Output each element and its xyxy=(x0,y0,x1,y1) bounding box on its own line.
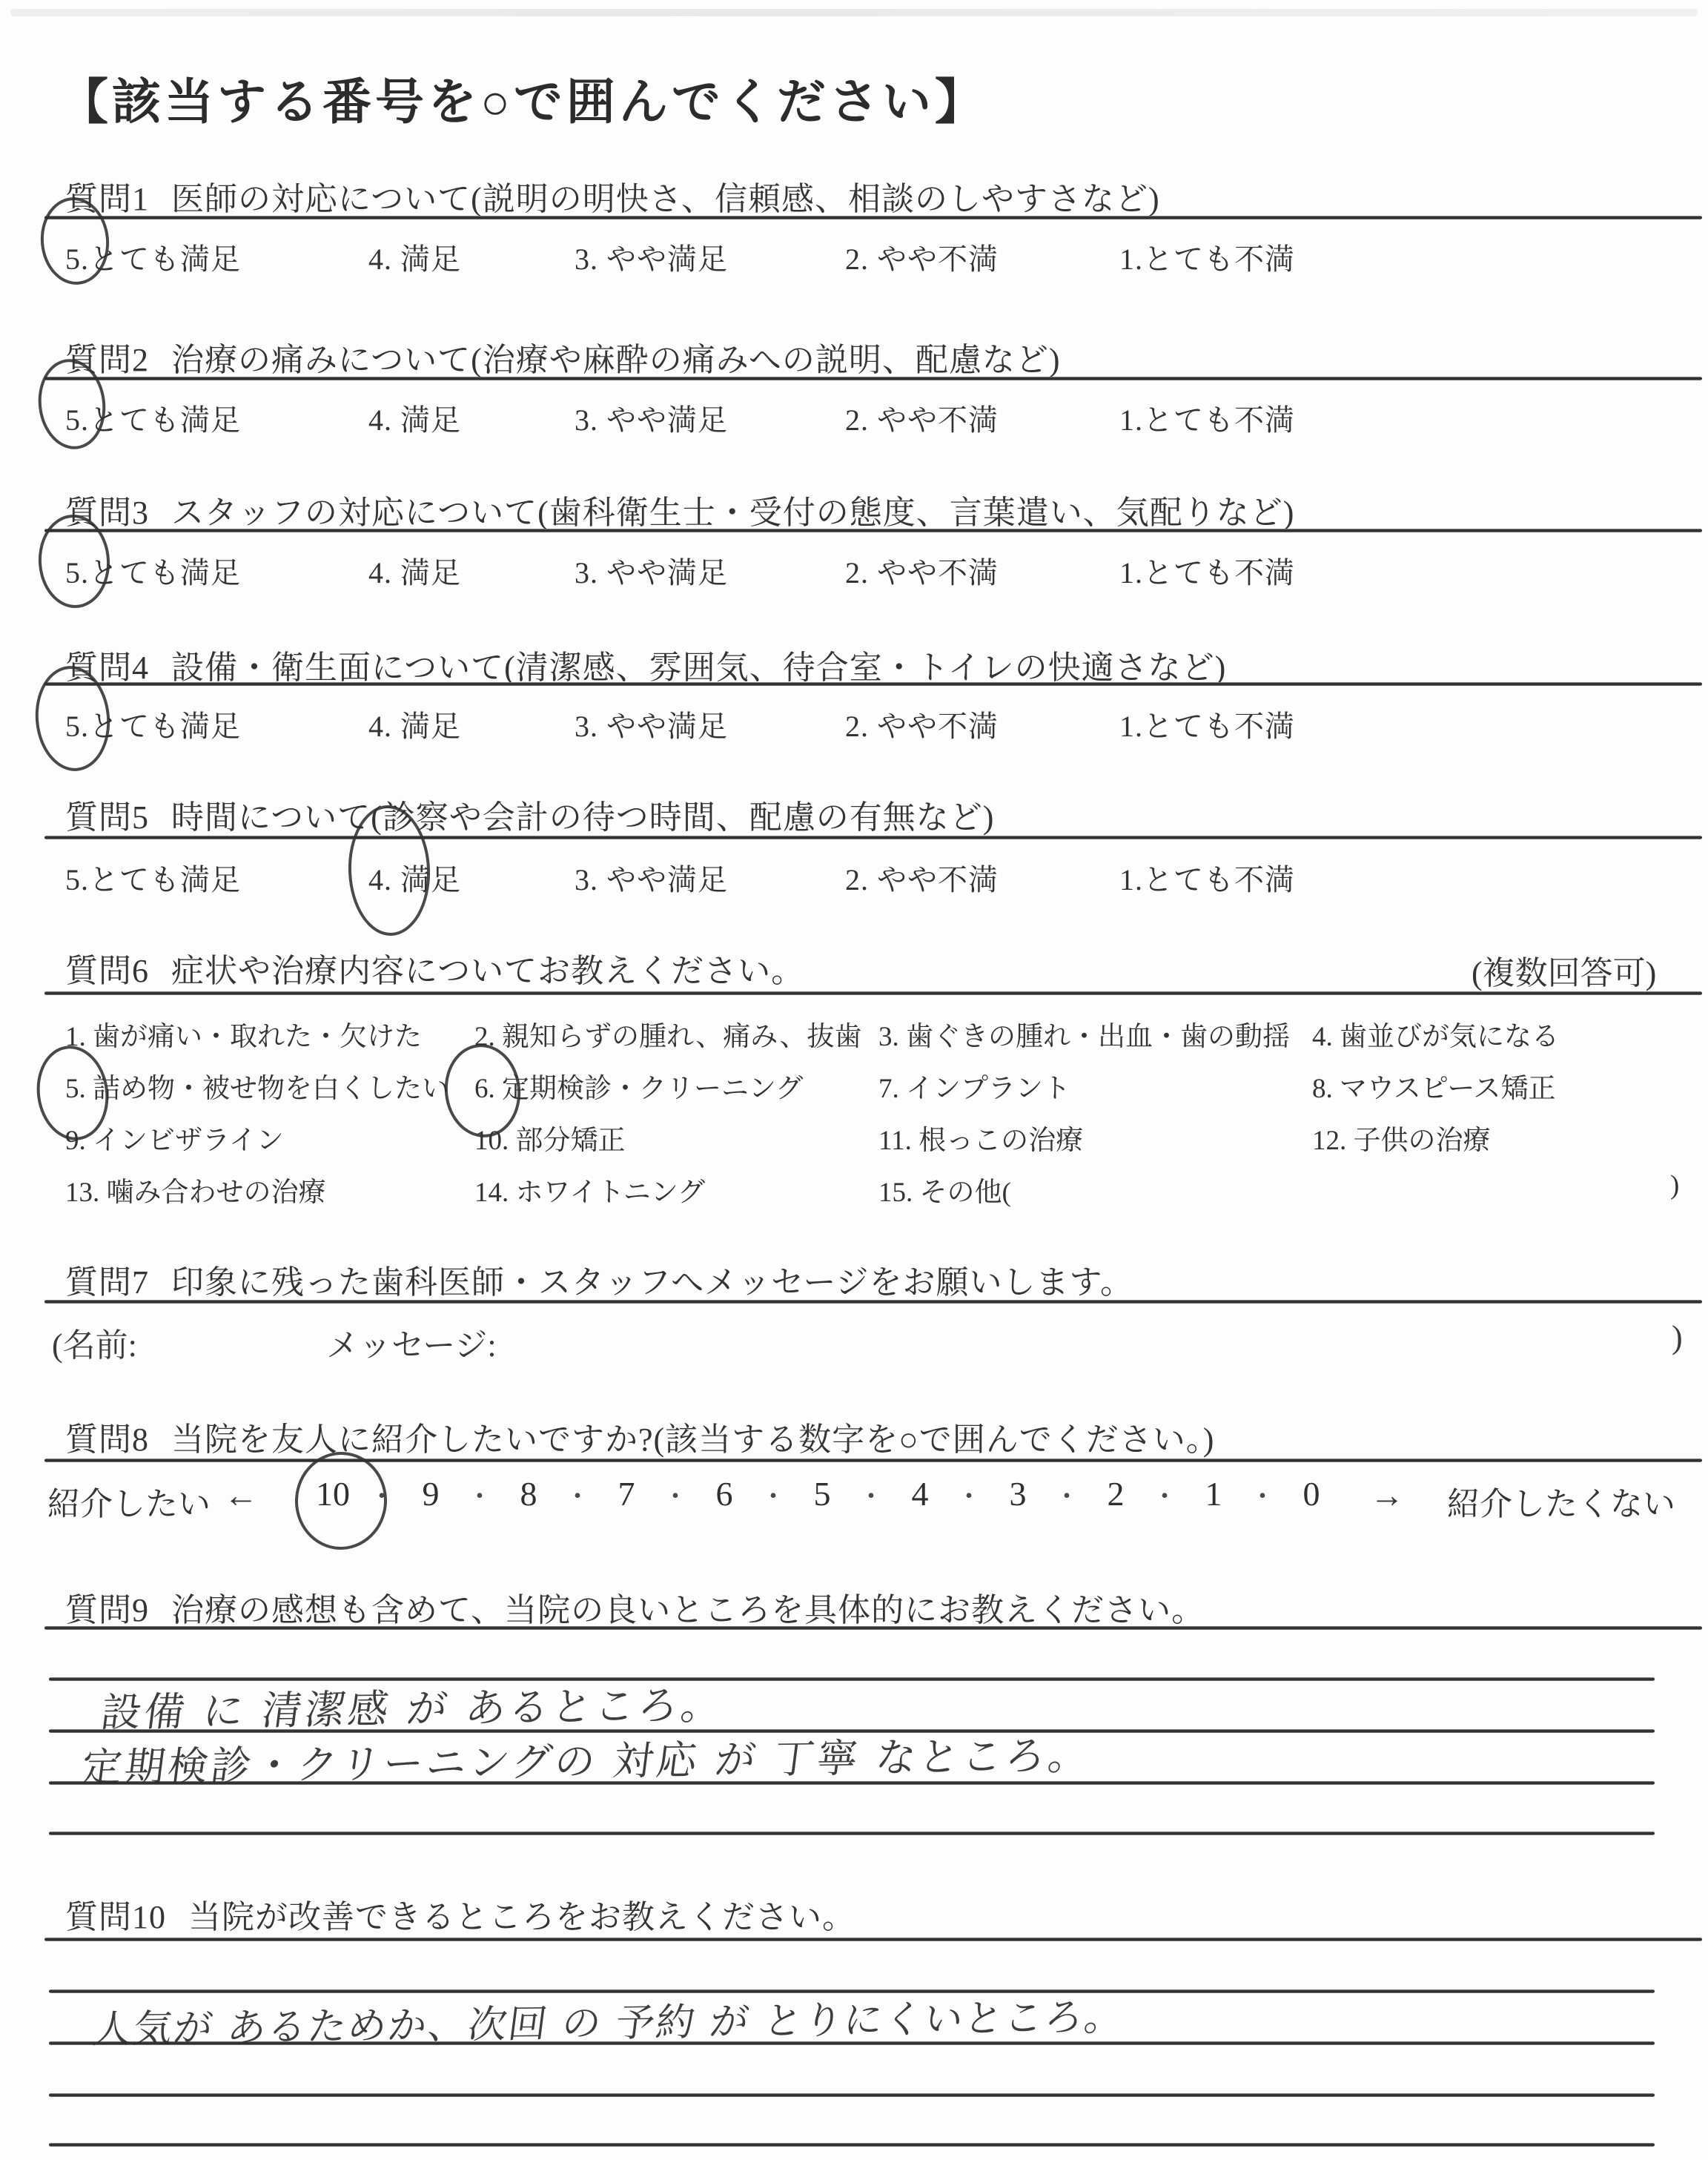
q3-option-4: 4. 満足 xyxy=(368,549,461,592)
q8-right-label: 紹介したくない xyxy=(1447,1477,1675,1525)
q4-option-2: 2. やや不満 xyxy=(845,703,999,745)
question-5-number: 質問5 xyxy=(65,799,149,836)
q3-option-1: 1.とても不満 xyxy=(1119,549,1295,592)
question-1-title: 質問1医師の対応について(説明の明快さ、信頼感、相談のしやすさなど) xyxy=(65,172,1160,219)
q8-scale-9: 9 xyxy=(409,1474,452,1513)
q8-separator: ・ xyxy=(648,1476,703,1513)
question-1-text: 医師の対応について(説明の明快さ、信頼感、相談のしやすさなど) xyxy=(171,181,1160,217)
q6-items-row-1: 1. 歯が痛い・取れた・欠けた 2. 親知らずの腫れ、痛み、抜歯 3. 歯ぐきの… xyxy=(0,1014,1708,1060)
question-9-text: 治療の感想も含めて、当院の良いところを具体的にお教えください。 xyxy=(171,1592,1205,1628)
answer-line-q10-4 xyxy=(49,2143,1655,2147)
question-5-title: 質問5時間について(診察や会計の待つ時間、配慮の有無など) xyxy=(65,790,994,838)
question-7-text: 印象に残った歯科医師・スタッフへメッセージをお願いします。 xyxy=(171,1264,1133,1301)
question-2-title: 質問2治療の痛みについて(治療や麻酔の痛みへの説明、配慮など) xyxy=(65,333,1061,380)
q6-items-row-3: 9. インビザライン 10. 部分矯正 11. 根っこの治療 12. 子供の治療 xyxy=(0,1117,1708,1163)
q3-option-2: 2. やや不満 xyxy=(845,549,999,592)
question-3-title: 質問3スタッフの対応について(歯科衛生士・受付の態度、言葉遣い、気配りなど) xyxy=(65,486,1294,533)
page-title: 【該当する番号を○で囲んでください】 xyxy=(59,62,987,133)
q3-options-row: 5.とても満足 4. 満足 3. やや満足 2. やや不満 1.とても不満 xyxy=(0,549,1708,595)
q7-message-label: メッセージ: xyxy=(326,1318,497,1366)
answer-line-q9-4 xyxy=(49,1832,1655,1835)
rule-line-q7 xyxy=(44,1300,1702,1304)
q8-left-arrow-icon: ← xyxy=(224,1476,258,1515)
q6-item-15: 15. その他( xyxy=(878,1169,1011,1209)
question-4-title: 質問4設備・衛生面について(清潔感、雰囲気、待合室・トイレの快適さなど) xyxy=(65,641,1226,688)
rule-line-q9-header xyxy=(44,1626,1702,1630)
rule-line-q4 xyxy=(44,682,1702,686)
question-8-number: 質問8 xyxy=(65,1421,149,1458)
q7-name-label: (名前: xyxy=(52,1318,137,1366)
q6-item-11: 11. 根っこの治療 xyxy=(878,1117,1083,1157)
q4-option-1: 1.とても不満 xyxy=(1119,703,1295,745)
q6-item-2: 2. 親知らずの腫れ、痛み、抜歯 xyxy=(474,1014,861,1054)
q5-option-5: 5.とても満足 xyxy=(65,856,241,899)
q2-option-1: 1.とても不満 xyxy=(1119,397,1295,439)
rule-line-q5 xyxy=(44,836,1702,839)
q8-scale-3: 3 xyxy=(996,1474,1039,1513)
handdrawn-circle-q8-value10 xyxy=(293,1450,390,1552)
rule-line-q1 xyxy=(44,216,1702,219)
q8-separator: ・ xyxy=(1039,1476,1094,1513)
q6-item-4: 4. 歯並びが気になる xyxy=(1312,1014,1559,1054)
question-9-title: 質問9治療の感想も含めて、当院の良いところを具体的にお教えください。 xyxy=(65,1583,1205,1631)
scan-edge-artifact xyxy=(10,9,1698,16)
question-3-text: スタッフの対応について(歯科衛生士・受付の態度、言葉遣い、気配りなど) xyxy=(171,495,1294,531)
q1-option-1: 1.とても不満 xyxy=(1119,236,1295,278)
q8-separator: ・ xyxy=(746,1476,801,1513)
q8-separator: ・ xyxy=(1137,1476,1192,1513)
q2-option-3: 3. やや満足 xyxy=(575,397,728,439)
q6-item-12: 12. 子供の治療 xyxy=(1312,1117,1491,1157)
question-8-text: 当院を友人に紹介したいですか?(該当する数字を○で囲んでください。) xyxy=(171,1421,1214,1458)
question-6-title: 質問6症状や治療内容についてお教えください。 xyxy=(65,944,804,991)
scanned-survey-form: 【該当する番号を○で囲んでください】 質問1医師の対応について(説明の明快さ、信… xyxy=(0,0,1708,2160)
q4-option-3: 3. やや満足 xyxy=(575,703,728,745)
rule-line-q10-header xyxy=(44,1938,1702,1941)
q8-scale-1: 1 xyxy=(1192,1474,1235,1513)
q8-scale-7: 7 xyxy=(605,1474,648,1513)
q5-options-row: 5.とても満足 4. 満足 3. やや満足 2. やや不満 1.とても不満 xyxy=(0,856,1708,902)
q2-options-row: 5.とても満足 4. 満足 3. やや満足 2. やや不満 1.とても不満 xyxy=(0,397,1708,443)
q6-item-1: 1. 歯が痛い・取れた・欠けた xyxy=(65,1014,422,1054)
q5-option-2: 2. やや不満 xyxy=(845,856,999,899)
rule-line-q3 xyxy=(44,529,1702,532)
q2-option-4: 4. 満足 xyxy=(368,397,461,439)
q8-scale-0: 0 xyxy=(1290,1474,1333,1513)
q6-items-row-2: 5. 詰め物・被せ物を白くしたい 6. 定期検診・クリーニング 7. インプラン… xyxy=(0,1066,1708,1112)
q1-option-4: 4. 満足 xyxy=(368,236,461,278)
q8-separator: ・ xyxy=(941,1476,996,1513)
q2-option-2: 2. やや不満 xyxy=(845,397,999,439)
q6-item-6: 6. 定期検診・クリーニング xyxy=(474,1066,803,1106)
q8-right-arrow-icon: → xyxy=(1370,1476,1404,1515)
answer-line-q10-3 xyxy=(49,2093,1655,2097)
q8-separator: ・ xyxy=(844,1476,898,1513)
q8-scale-5: 5 xyxy=(801,1474,844,1513)
question-6-number: 質問6 xyxy=(65,953,149,989)
q6-item-5: 5. 詰め物・被せ物を白くしたい xyxy=(65,1066,449,1106)
q8-scale-row: 10 ・ 9 ・ 8 ・ 7 ・ 6 ・ 5 ・ 4 ・ 3 ・ 2 ・ 1 ・… xyxy=(311,1474,1333,1513)
q5-option-1: 1.とても不満 xyxy=(1119,856,1295,899)
q6-multiple-answers-note: (複数回答可) xyxy=(1472,946,1656,994)
question-10-title: 質問10当院が改善できるところをお教えください。 xyxy=(65,1890,855,1938)
q6-item-8: 8. マウスピース矯正 xyxy=(1312,1066,1556,1106)
rule-line-q8 xyxy=(44,1459,1702,1462)
question-7-title: 質問7印象に残った歯科医師・スタッフへメッセージをお願いします。 xyxy=(65,1255,1133,1303)
q4-option-4: 4. 満足 xyxy=(368,703,461,745)
q6-item-14: 14. ホワイトニング xyxy=(474,1169,705,1209)
q5-option-3: 3. やや満足 xyxy=(575,856,728,899)
q8-separator: ・ xyxy=(1235,1476,1290,1513)
q3-option-3: 3. やや満足 xyxy=(575,549,728,592)
q6-item-7: 7. インプラント xyxy=(878,1066,1070,1106)
question-10-text: 当院が改善できるところをお教えください。 xyxy=(188,1899,855,1935)
question-6-text: 症状や治療内容についてお教えください。 xyxy=(171,953,804,989)
q6-item-3: 3. 歯ぐきの腫れ・出血・歯の動揺 xyxy=(878,1014,1290,1054)
q8-scale-6: 6 xyxy=(703,1474,746,1513)
q6-items-row-4: 13. 噛み合わせの治療 14. ホワイトニング 15. その他( ) xyxy=(0,1169,1708,1215)
q8-separator: ・ xyxy=(550,1476,605,1513)
question-7-number: 質問7 xyxy=(65,1264,149,1301)
q7-close-paren: ) xyxy=(1672,1318,1683,1356)
q8-left-label: 紹介したい xyxy=(47,1477,211,1525)
question-4-text: 設備・衛生面について(清潔感、雰囲気、待合室・トイレの快適さなど) xyxy=(171,650,1226,686)
question-10-number: 質問10 xyxy=(65,1899,166,1935)
q4-options-row: 5.とても満足 4. 満足 3. やや満足 2. やや不満 1.とても不満 xyxy=(0,703,1708,749)
q8-scale-2: 2 xyxy=(1094,1474,1137,1513)
q1-option-2: 2. やや不満 xyxy=(845,236,999,278)
q6-item-15-close-paren: ) xyxy=(1670,1169,1679,1201)
question-8-title: 質問8当院を友人に紹介したいですか?(該当する数字を○で囲んでください。) xyxy=(65,1413,1214,1460)
q8-separator: ・ xyxy=(452,1476,507,1513)
question-5-text: 時間について(診察や会計の待つ時間、配慮の有無など) xyxy=(171,799,994,836)
q8-scale-8: 8 xyxy=(507,1474,550,1513)
question-2-text: 治療の痛みについて(治療や麻酔の痛みへの説明、配慮など) xyxy=(171,342,1061,378)
q1-options-row: 5.とても満足 4. 満足 3. やや満足 2. やや不満 1.とても不満 xyxy=(0,236,1708,282)
q1-option-3: 3. やや満足 xyxy=(575,236,728,278)
rule-line-q6 xyxy=(44,991,1702,995)
question-9-number: 質問9 xyxy=(65,1592,149,1628)
q6-item-13: 13. 噛み合わせの治療 xyxy=(65,1169,326,1209)
rule-line-q2 xyxy=(44,377,1702,380)
q8-scale-4: 4 xyxy=(898,1474,941,1513)
q9-handwritten-answer-1: 設備 に 清潔感 が あるところ。 xyxy=(98,1674,728,1738)
